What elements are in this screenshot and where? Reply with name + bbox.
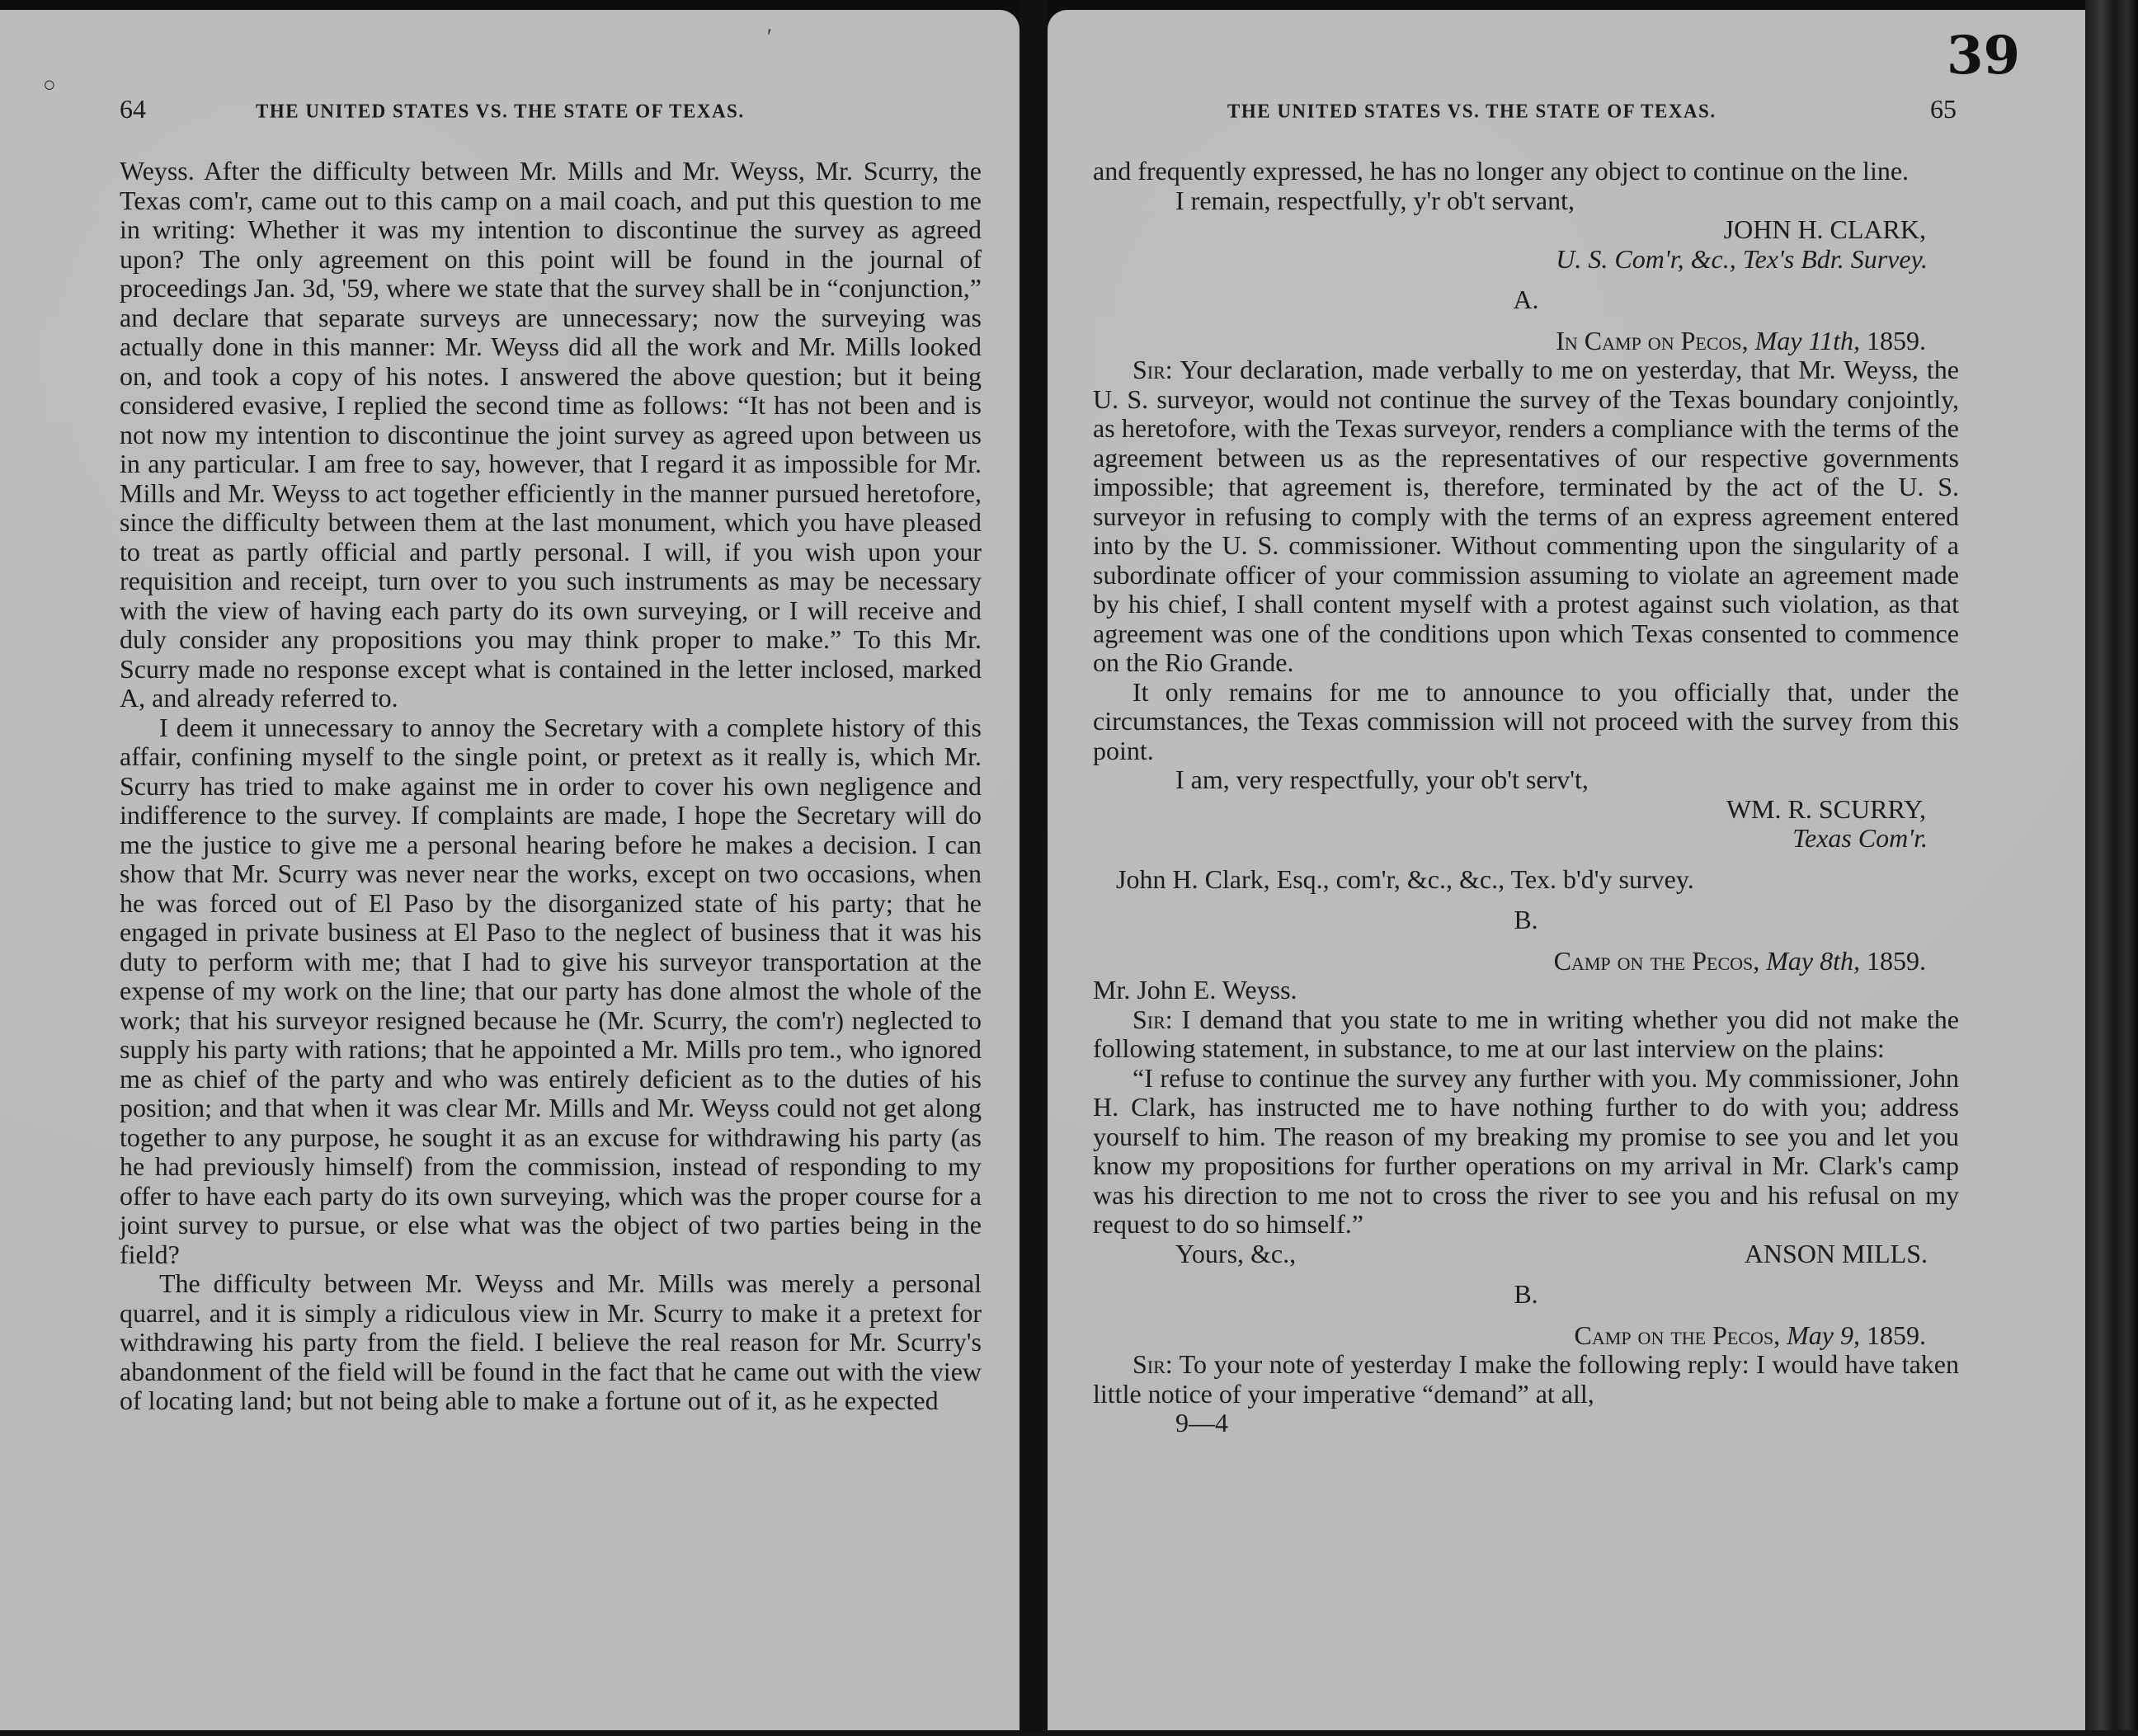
page-edge-shadow bbox=[2085, 0, 2138, 1736]
enclosure-a-marker: A. bbox=[1093, 285, 1959, 315]
enclosure-b1-quote: “I refuse to continue the survey any fur… bbox=[1093, 1064, 1959, 1240]
paragraph: Weyss. After the difficulty between Mr. … bbox=[120, 157, 982, 713]
left-body: Weyss. After the difficulty between Mr. … bbox=[120, 157, 982, 1416]
enclosure-b2-marker: B. bbox=[1093, 1280, 1959, 1310]
scurry-closing: I am, very respectfully, your ob't serv'… bbox=[1093, 765, 1959, 795]
mills-signature: ANSON MILLS. bbox=[1745, 1240, 1928, 1269]
left-running-head: THE UNITED STATES VS. THE STATE OF TEXAS… bbox=[256, 100, 745, 122]
right-running-head: THE UNITED STATES VS. THE STATE OF TEXAS… bbox=[1227, 100, 1717, 122]
paragraph: The difficulty between Mr. Weyss and Mr.… bbox=[120, 1269, 982, 1416]
book-gutter bbox=[1020, 0, 1048, 1736]
enclosure-b1-paragraph: Sir: I demand that you state to me in wr… bbox=[1093, 1005, 1959, 1064]
enclosure-a-paragraph: It only remains for me to announce to yo… bbox=[1093, 678, 1959, 766]
enclosure-b1-marker: B. bbox=[1093, 906, 1959, 935]
left-folio: 64 bbox=[120, 94, 146, 125]
bottom-edge bbox=[0, 1730, 2138, 1736]
archive-stamp-number: 39 bbox=[1947, 25, 2020, 87]
enclosure-b1-signoff: Yours, &c., ANSON MILLS. bbox=[1093, 1240, 1959, 1269]
clark-closing: I remain, respectfully, y'r ob't servant… bbox=[1093, 186, 1959, 216]
enclosure-a-dateline: In Camp on Pecos, May 11th, 1859. bbox=[1093, 327, 1959, 356]
printer-signature-mark: 9—4 bbox=[1093, 1409, 1959, 1438]
clark-signature: JOHN H. CLARK, bbox=[1093, 215, 1959, 245]
continuation-paragraph: and frequently expressed, he has no long… bbox=[1093, 157, 1959, 186]
clark-title: U. S. Com'r, &c., Tex's Bdr. Survey. bbox=[1093, 245, 1959, 275]
right-folio: 65 bbox=[1930, 94, 1957, 125]
scurry-signature: WM. R. SCURRY, bbox=[1093, 795, 1959, 825]
mills-closing: Yours, &c., bbox=[1175, 1240, 1296, 1269]
enclosure-a-paragraph: Sir: Your declaration, made verbally to … bbox=[1093, 355, 1959, 678]
enclosure-b1-addressee: Mr. John E. Weyss. bbox=[1093, 976, 1959, 1005]
enclosure-a-addressee: John H. Clark, Esq., com'r, &c., &c., Te… bbox=[1093, 865, 1959, 895]
enclosure-b2-dateline: Camp on the Pecos, May 9, 1859. bbox=[1093, 1321, 1959, 1351]
scurry-title: Texas Com'r. bbox=[1093, 824, 1959, 854]
enclosure-b2-paragraph: Sir: To your note of yesterday I make th… bbox=[1093, 1350, 1959, 1409]
stray-mark: ′ bbox=[767, 25, 772, 49]
enclosure-b1-dateline: Camp on the Pecos, May 8th, 1859. bbox=[1093, 947, 1959, 976]
stray-mark: ○ bbox=[43, 73, 56, 97]
paragraph: I deem it unnecessary to annoy the Secre… bbox=[120, 713, 982, 1270]
right-body: and frequently expressed, he has no long… bbox=[1093, 157, 1959, 1438]
